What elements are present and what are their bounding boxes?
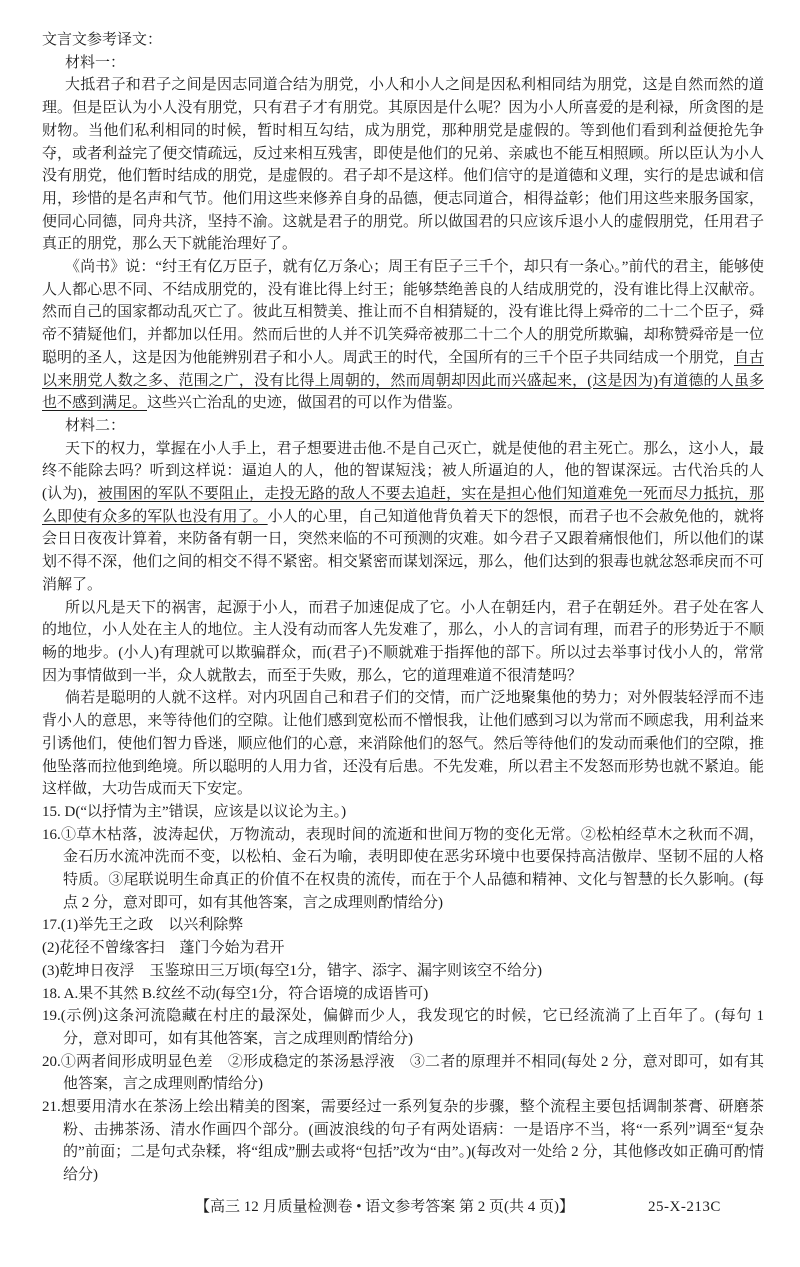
text-segment: 大抵君子和君子之间是因志同道合结为朋党，小人和小人之间是因私利相同结为朋党，这是… [42, 77, 764, 252]
translation-title: 文言文参考译文： [42, 29, 764, 52]
material-2-heading: 材料二： [42, 415, 764, 438]
material-1-paragraph-1: 大抵君子和君子之间是因志同道合结为朋党，小人和小人之间是因私利相同结为朋党，这是… [42, 74, 764, 256]
answer-item-17-line-3: (3)乾坤日夜浮 玉鉴琼田三万顷(每空1分，错字、添字、漏字则该空不给分) [42, 960, 764, 983]
document-body: 文言文参考译文： 材料一： 大抵君子和君子之间是因志同道合结为朋党，小人和小人之… [42, 29, 764, 1187]
material-2-paragraph-2: 所以凡是天下的祸害，起源于小人，而君子加速促成了它。小人在朝廷内，君子在朝廷外。… [42, 597, 764, 688]
answer-item-17-line-1: 17.(1)举先王之政 以兴利除弊 [42, 914, 764, 937]
answer-item-20: 20.①两者间形成明显色差 ②形成稳定的茶汤悬浮液 ③二者的原理并不相同(每处 … [42, 1051, 764, 1096]
page-footer: 【高三 12 月质量检测卷 • 语文参考答案 第 2 页(共 4 页)】 25-… [0, 1196, 800, 1219]
answer-item-19: 19.(示例)这条河流隐藏在村庄的最深处，偏僻而少人，我发现它的时候，它已经流淌… [42, 1005, 764, 1050]
footer-paper-code: 25-X-213C [648, 1196, 721, 1219]
text-segment: 倘若是聪明的人就不这样。对内巩固自己和君子们的交情，而广泛地聚集他的势力；对外假… [42, 690, 764, 797]
answer-item-15: 15. D(“以抒情为主”错误，应该是以议论为主。) [42, 801, 764, 824]
material-1-heading: 材料一： [42, 52, 764, 75]
text-segment: 所以凡是天下的祸害，起源于小人，而君子加速促成了它。小人在朝廷内，君子在朝廷外。… [42, 600, 764, 684]
material-1-paragraph-2: 《尚书》说：“纣王有亿万臣子，就有亿万条心；周王有臣子三千个，却只有一条心。”前… [42, 256, 764, 415]
text-segment: 这些兴亡治乱的史迹，做国君的可以作为借鉴。 [147, 395, 462, 411]
material-2-paragraph-1: 天下的权力，掌握在小人手上，君子想要进击他.不是自己灭亡，就是使他的君主死亡。那… [42, 438, 764, 597]
footer-title-page-number: 【高三 12 月质量检测卷 • 语文参考答案 第 2 页(共 4 页)】 [195, 1196, 574, 1219]
answer-item-17-line-2: (2)花径不曾缘客扫 蓬门今始为君开 [42, 937, 764, 960]
text-segment: 《尚书》说：“纣王有亿万臣子，就有亿万条心；周王有臣子三千个，却只有一条心。”前… [42, 259, 764, 366]
answer-item-16: 16.①草木枯落，波涛起伏，万物流动，表现时间的流逝和世间万物的变化无常。②松柏… [42, 824, 764, 915]
material-2-paragraph-3: 倘若是聪明的人就不这样。对内巩固自己和君子们的交情，而广泛地聚集他的势力；对外假… [42, 687, 764, 801]
answer-item-18: 18. A.果不其然 B.纹丝不动(每空1分，符合语境的成语皆可) [42, 983, 764, 1006]
exam-answer-key-page: 文言文参考译文： 材料一： 大抵君子和君子之间是因志同道合结为朋党，小人和小人之… [0, 0, 800, 1267]
answer-item-21: 21.想要用清水在茶汤上绘出精美的图案，需要经过一系列复杂的步骤，整个流程主要包… [42, 1096, 764, 1187]
